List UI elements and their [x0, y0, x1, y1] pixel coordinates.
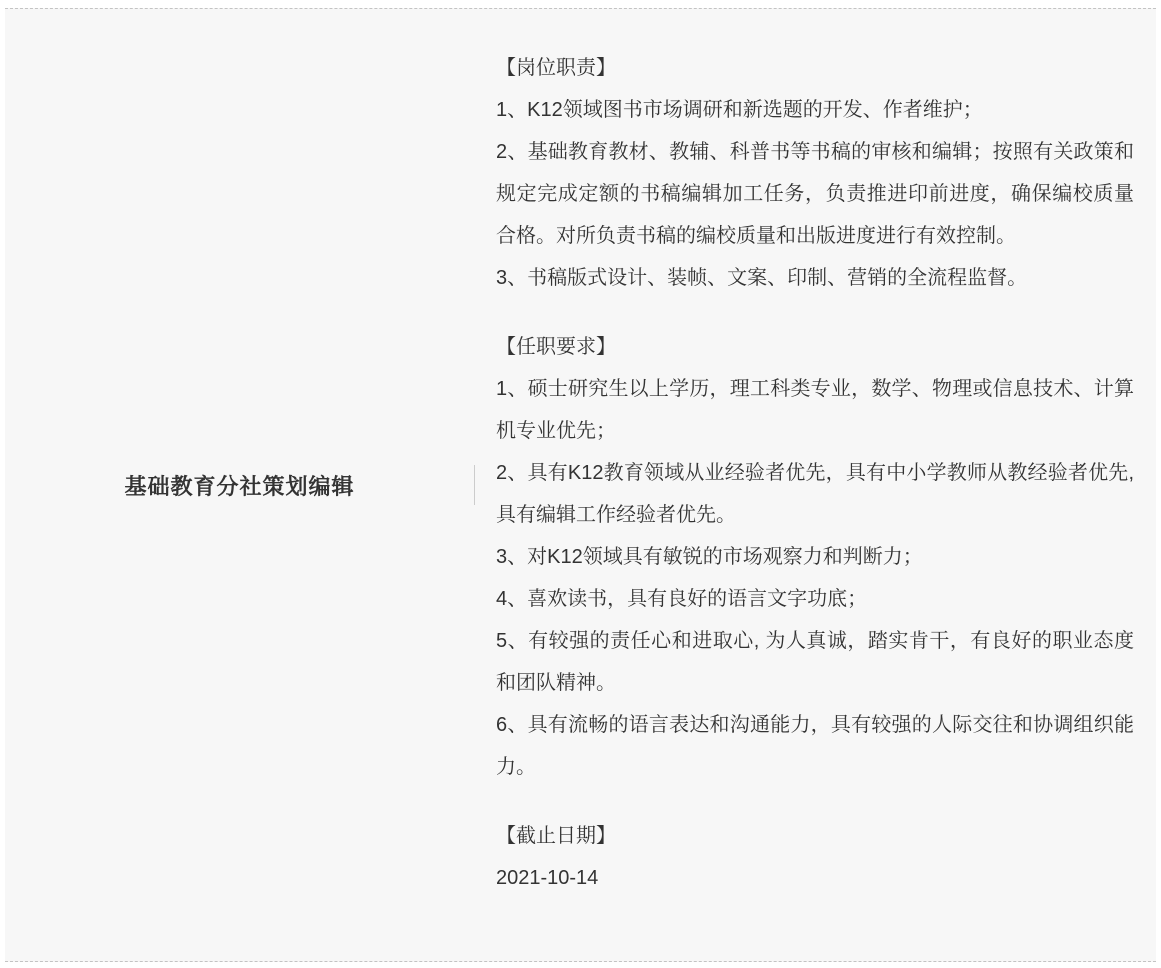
- detail-paragraph: 1、K12领域图书市场调研和新选题的开发、作者维护；: [496, 89, 1134, 131]
- detail-paragraph: 3、书稿版式设计、装帧、文案、印制、营销的全流程监督。: [496, 257, 1134, 299]
- detail-section: 【岗位职责】 1、K12领域图书市场调研和新选题的开发、作者维护；2、基础教育教…: [496, 47, 1134, 299]
- section-header: 【截止日期】: [496, 815, 1134, 857]
- job-details: 【岗位职责】 1、K12领域图书市场调研和新选题的开发、作者维护；2、基础教育教…: [475, 9, 1156, 961]
- section-header: 【任职要求】: [496, 326, 1134, 368]
- detail-paragraph: 2、具有K12教育领域从业经验者优先，具有中小学教师从教经验者优先, 具有编辑工…: [496, 452, 1134, 536]
- detail-paragraph: 2021-10-14: [496, 857, 1134, 899]
- detail-paragraph: 3、对K12领域具有敏锐的市场观察力和判断力；: [496, 536, 1134, 578]
- detail-paragraph: 1、硕士研究生以上学历，理工科类专业，数学、物理或信息技术、计算机专业优先；: [496, 368, 1134, 452]
- detail-section: 【任职要求】 1、硕士研究生以上学历，理工科类专业，数学、物理或信息技术、计算机…: [496, 326, 1134, 788]
- detail-section: 【截止日期】 2021-10-14: [496, 815, 1134, 899]
- section-header: 【岗位职责】: [496, 47, 1134, 89]
- page: 基础教育分社策划编辑 【岗位职责】 1、K12领域图书市场调研和新选题的开发、作…: [0, 0, 1161, 968]
- detail-paragraph: 5、有较强的责任心和进取心, 为人真诚，踏实肯干，有良好的职业态度和团队精神。: [496, 620, 1134, 704]
- detail-paragraph: 4、喜欢读书，具有良好的语言文字功底；: [496, 578, 1134, 620]
- detail-paragraph: 2、基础教育教材、教辅、科普书等书稿的审核和编辑；按照有关政策和规定完成定额的书…: [496, 131, 1134, 257]
- detail-paragraph: 6、具有流畅的语言表达和沟通能力，具有较强的人际交往和协调组织能力。: [496, 704, 1134, 788]
- job-title-cell: 基础教育分社策划编辑: [5, 9, 474, 961]
- job-listing-row: 基础教育分社策划编辑 【岗位职责】 1、K12领域图书市场调研和新选题的开发、作…: [5, 8, 1156, 962]
- job-title: 基础教育分社策划编辑: [124, 470, 354, 501]
